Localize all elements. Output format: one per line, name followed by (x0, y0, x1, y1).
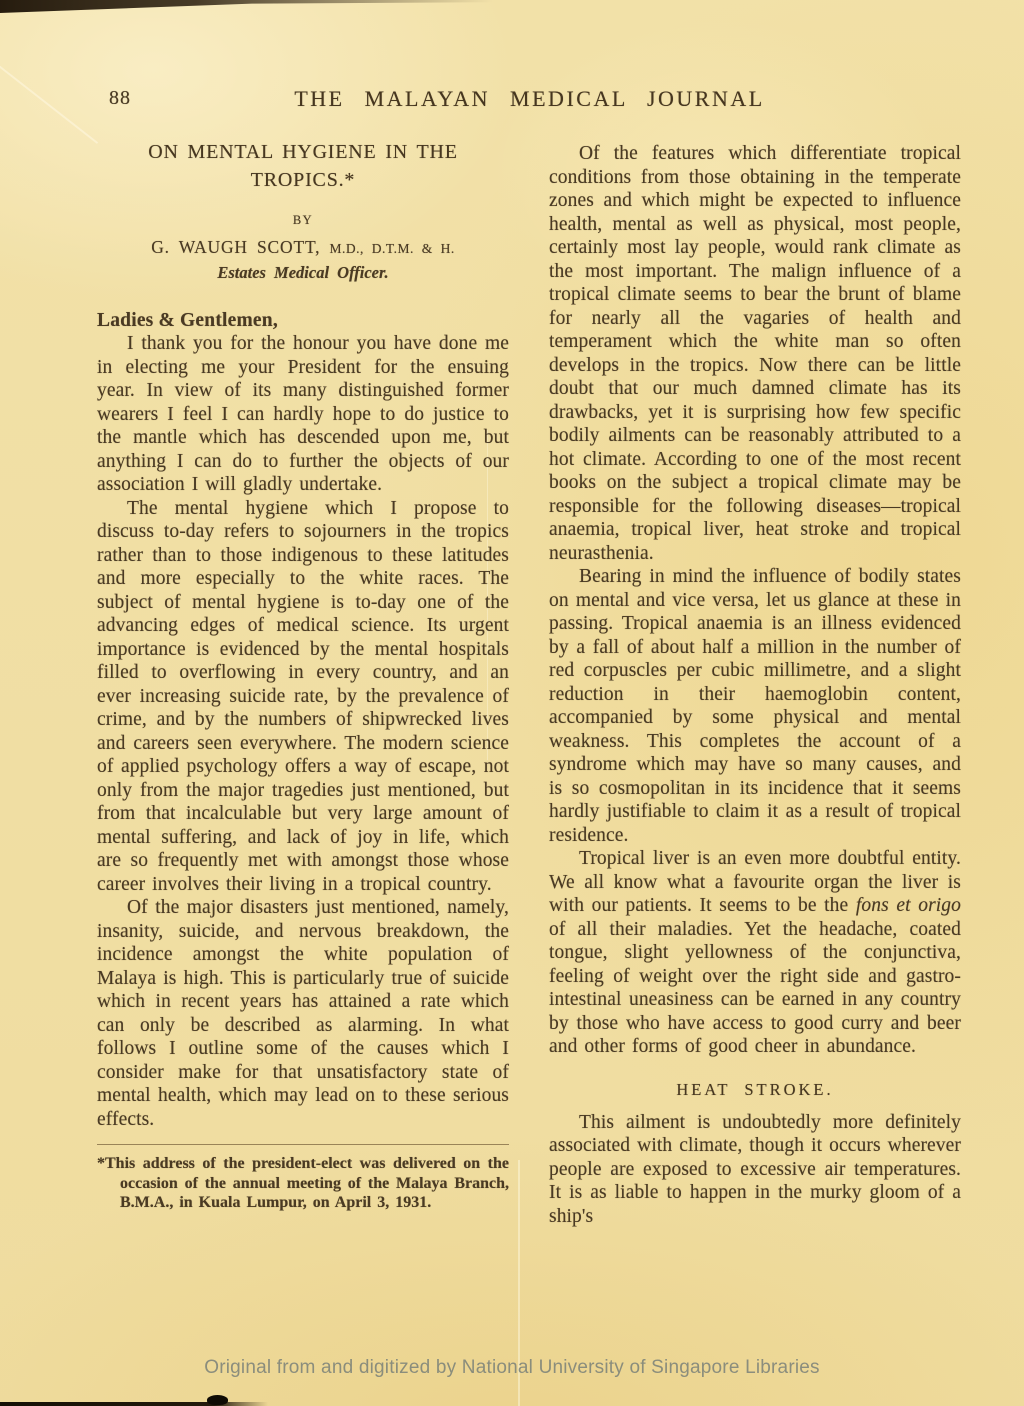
digitization-watermark: Original from and digitized by National … (0, 1357, 1024, 1379)
author-degrees: M.D., D.T.M. & H. (330, 241, 455, 256)
footnote-body: This address of the president-elect was … (105, 1155, 509, 1211)
article-title-line2: TROPICS.* (97, 166, 509, 194)
body-paragraph: This ailment is undoubtedly more definit… (549, 1111, 961, 1229)
section-heading-heat-stroke: HEAT STROKE. (549, 1080, 961, 1100)
paragraph-text: of all their maladies. Yet the headache,… (549, 919, 961, 1058)
body-paragraph: Of the features which differentiate trop… (549, 142, 961, 565)
article-title-line1: ON MENTAL HYGIENE IN THE (97, 138, 509, 166)
author-name: G. WAUGH SCOTT, (151, 237, 320, 257)
left-column: ON MENTAL HYGIENE IN THE TROPICS.* BY G.… (97, 133, 509, 1228)
journal-title: THE MALAYAN MEDICAL JOURNAL (97, 86, 962, 112)
page-number: 88 (109, 87, 131, 110)
footnote-divider (97, 1144, 509, 1145)
author-role: Estates Medical Officer. (97, 263, 509, 283)
scan-artifact-dot (207, 1395, 228, 1405)
footnote-text: *This address of the president-elect was… (97, 1154, 509, 1213)
running-head: 88 THE MALAYAN MEDICAL JOURNAL (97, 86, 962, 112)
latin-phrase-italic: fons et origo (856, 895, 961, 916)
paper-crease (0, 50, 98, 144)
footnote: *This address of the president-elect was… (97, 1144, 509, 1213)
body-paragraph: Of the major disasters just mentioned, n… (97, 896, 509, 1131)
body-paragraph-tropical-liver: Tropical liver is an even more doubtful … (549, 847, 961, 1059)
two-column-layout: ON MENTAL HYGIENE IN THE TROPICS.* BY G.… (97, 133, 962, 1228)
body-paragraph: Bearing in mind the influence of bodily … (549, 565, 961, 847)
scan-artifact-top-edge (0, 0, 560, 13)
body-paragraph: I thank you for the honour you have done… (97, 332, 509, 497)
scan-artifact-bottom-edge (0, 1402, 268, 1406)
right-column: Of the features which differentiate trop… (549, 133, 961, 1228)
article-title: ON MENTAL HYGIENE IN THE TROPICS.* (97, 138, 509, 194)
scanned-journal-page: 88 THE MALAYAN MEDICAL JOURNAL ON MENTAL… (0, 0, 1024, 1406)
byline: BY G. WAUGH SCOTT, M.D., D.T.M. & H. Est… (97, 213, 509, 283)
salutation: Ladies & Gentlemen, (97, 310, 509, 332)
footnote-marker: * (97, 1155, 105, 1172)
body-paragraph: The mental hygiene which I propose to di… (97, 497, 509, 897)
byline-prefix: BY (97, 213, 509, 228)
author-line: G. WAUGH SCOTT, M.D., D.T.M. & H. (97, 237, 509, 258)
